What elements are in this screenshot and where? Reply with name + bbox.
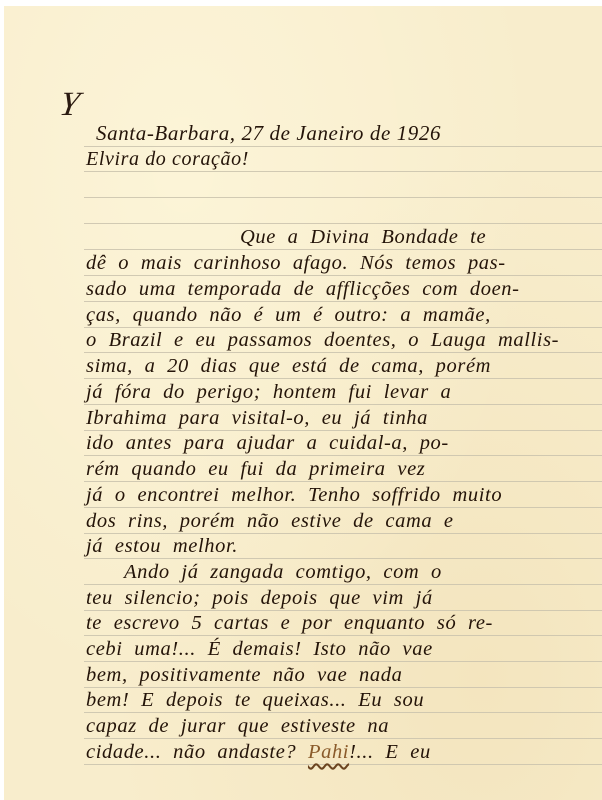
- letter-line: dê o mais carinhoso afago. Nós temos pas…: [86, 253, 506, 274]
- ruled-line: [84, 584, 602, 585]
- letter-line: cebi uma!... É demais! Isto não vae: [86, 639, 433, 660]
- ruled-line: [84, 712, 602, 713]
- letter-line: ido antes para ajudar a cuidal-a, po-: [86, 433, 449, 454]
- salutation: Elvira do coração!: [86, 149, 249, 169]
- underlined-word: Pahi: [308, 741, 349, 763]
- ruled-line: [84, 764, 602, 765]
- ruled-line: [84, 481, 602, 482]
- ruled-line: [84, 352, 602, 353]
- ruled-line: [84, 661, 602, 662]
- letter-line: teu silencio; pois depois que vim já: [86, 588, 433, 609]
- ruled-line: [84, 171, 602, 172]
- letter-line: Ando já zangada comtigo, com o: [124, 562, 442, 583]
- letter-line: sima, a 20 dias que está de cama, porém: [86, 356, 491, 377]
- letter-line: ças, quando não é um é outro: a mamãe,: [86, 305, 491, 326]
- ruled-line: [84, 301, 602, 302]
- letter-line: dos rins, porém não estive de cama e: [86, 511, 454, 532]
- ruled-line: [84, 507, 602, 508]
- ruled-line: [84, 404, 602, 405]
- corner-mark: Y: [57, 86, 83, 124]
- ruled-line: [84, 378, 602, 379]
- ruled-line: [84, 635, 602, 636]
- letter-line: o Brazil e eu passamos doentes, o Lauga …: [86, 330, 559, 351]
- ruled-line: [84, 223, 602, 224]
- ruled-line: [84, 197, 602, 198]
- place-date: Santa-Barbara, 27 de Janeiro de 1926: [96, 123, 441, 144]
- ruled-line: [84, 738, 602, 739]
- letter-line: sado uma temporada de afflicções com doe…: [86, 279, 520, 300]
- ruled-line: [84, 558, 602, 559]
- letter-line: capaz de jurar que estiveste na: [86, 716, 389, 737]
- letter-line-part: cidade... não andaste?: [86, 741, 308, 763]
- letter-line: Que a Divina Bondade te: [240, 227, 486, 248]
- letter-line: já estou melhor.: [86, 536, 238, 557]
- letter-line-part: !... E eu: [349, 741, 431, 763]
- letter-line: já fóra do perigo; hontem fui levar a: [86, 382, 451, 403]
- ruled-line: [84, 146, 602, 147]
- letter-line: bem, positivamente não vae nada: [86, 665, 402, 686]
- ruled-line: [84, 687, 602, 688]
- letter-line: te escrevo 5 cartas e por enquanto só re…: [86, 613, 493, 634]
- letter-line: já o encontrei melhor. Tenho soffrido mu…: [86, 485, 502, 506]
- ruled-line: [84, 275, 602, 276]
- ruled-line: [84, 610, 602, 611]
- letter-line: rém quando eu fui da primeira vez: [86, 459, 425, 480]
- letter-line: Ibrahima para visital-o, eu já tinha: [86, 408, 428, 429]
- ruled-line: [84, 327, 602, 328]
- ruled-line: [84, 533, 602, 534]
- letter-sheet: Y Santa-Barbara, 27 de Janeiro de 1926 E…: [4, 6, 602, 800]
- letter-line-last: cidade... não andaste? Pahi!... E eu: [86, 742, 431, 763]
- letter-line: bem! E depois te queixas... Eu sou: [86, 690, 424, 711]
- ruled-line: [84, 455, 602, 456]
- ruled-line: [84, 249, 602, 250]
- ruled-line: [84, 430, 602, 431]
